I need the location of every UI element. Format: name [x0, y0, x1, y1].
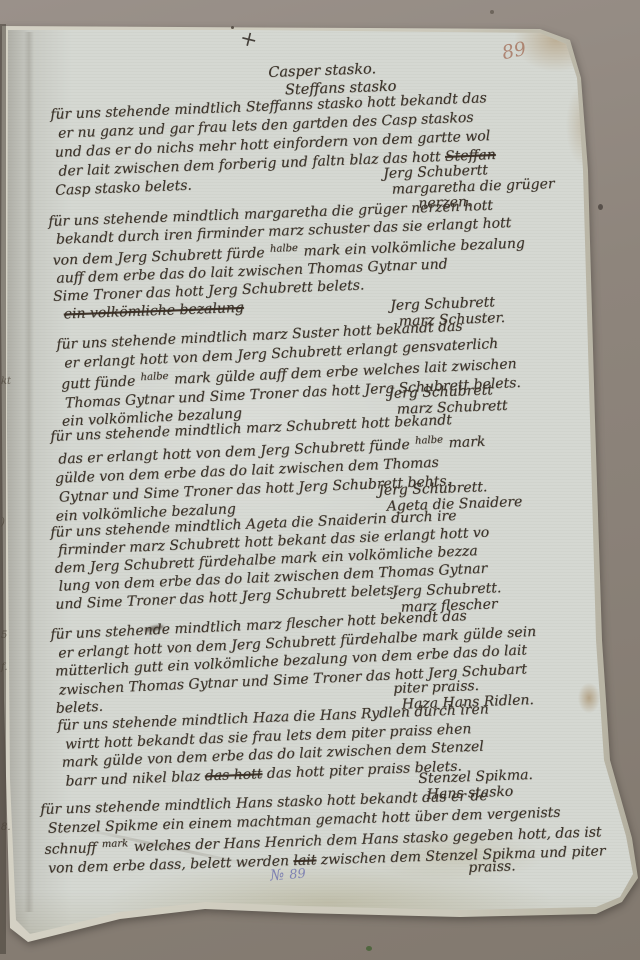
text-segment: kt: [1, 376, 11, 387]
interlinear-insertion: mark: [102, 838, 129, 850]
handwritten-line: 8.: [1, 822, 11, 833]
text-segment: schnuff: [44, 840, 101, 858]
archival-paraph-mark: №: [269, 865, 285, 884]
text-segment: 8.: [1, 822, 11, 833]
interlinear-insertion: halbe: [140, 371, 168, 383]
archival-number: 89: [289, 866, 307, 882]
text-segment: belets.: [55, 699, 103, 717]
text-segment: gutt fünde: [61, 373, 140, 393]
archival-number-bottom: №89: [269, 863, 306, 884]
page-speck: [231, 26, 234, 29]
desk-speck: [598, 204, 603, 210]
text-segment: 5: [1, 630, 7, 641]
desk-speck: [490, 10, 494, 14]
text-segment: ): [1, 517, 5, 528]
text-segment: Casp stasko belets.: [55, 178, 192, 199]
desk-speck-green: [366, 946, 372, 951]
text-segment: barr und nikel blaz: [65, 768, 205, 789]
text-segment: mark: [444, 434, 486, 452]
folio-number-top: 89: [500, 38, 528, 65]
handwritten-line: ): [1, 517, 5, 528]
interlinear-insertion: halbe: [415, 435, 443, 447]
handwritten-line: f.: [1, 662, 8, 673]
struck-text: das hott: [204, 766, 262, 784]
handwritten-line: 5: [1, 630, 7, 641]
text-segment: f.: [1, 662, 8, 673]
margin-bleed-marks: kt)5f.8.: [0, 0, 14, 960]
cross-mark: +: [237, 25, 260, 53]
text-segment: praiss.: [468, 858, 516, 876]
handwritten-line: kt: [1, 376, 11, 387]
signature-block-8: praiss.: [468, 859, 516, 876]
interlinear-insertion: halbe: [270, 243, 298, 255]
handwritten-line: praiss.: [468, 859, 516, 876]
page-content: + 89 Casper stasko.Steffans stasko für u…: [0, 0, 640, 960]
